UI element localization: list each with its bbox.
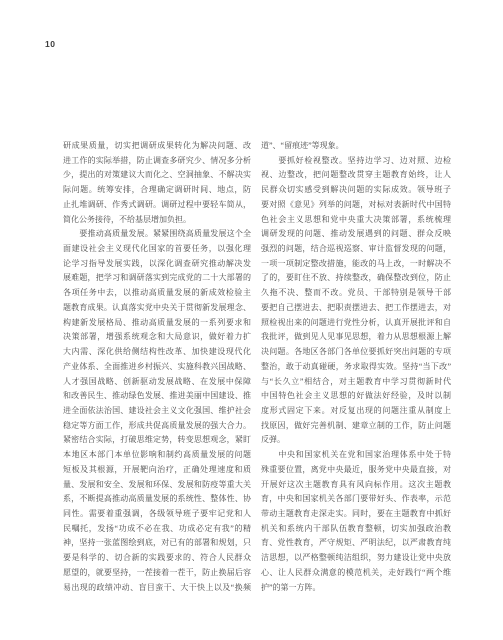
- document-page: 10 研成果质量，切实把调研成果转化为解决问题、改进工作的实际举措，防止调查多研…: [0, 0, 503, 640]
- text-line: 中国特色社会主义思想的好做法好经验，及时以制: [261, 389, 451, 404]
- text-line: 带动主题教育走深走实。同时，要在主题教育中抓好: [261, 507, 451, 522]
- text-line: 大内需、深化供给侧结构性改革、加快建设现代化: [63, 345, 251, 360]
- text-line: 整治，敢于动真碰硬，务求取得实效。坚持“当下改”: [261, 360, 451, 375]
- text-line: 构建新发展格局、推动高质量发展的一系列要求和: [63, 316, 251, 331]
- page-number: 10: [45, 39, 55, 49]
- text-line: 照检视出来的问题进行党性分析，认真开展批评和自: [261, 316, 451, 331]
- text-line: 进工作的实际举措，防止调查多研究少、情况多分析: [63, 154, 251, 169]
- text-line: 愿望的，就要坚持，一茬接着一茬干，防止换届后容: [63, 566, 251, 581]
- text-line: 决问题。各地区各部门各单位要抓好突出问题的专项: [261, 345, 451, 360]
- text-line: 洁思想，以严格整顿纯洁组织，努力建设让党中央放: [261, 551, 451, 566]
- text-line: 量、发展和安全、发展和环保、发展和防疫等重大关: [63, 478, 251, 493]
- text-line: 心、让人民群众满意的模范机关，走好践行“两个维: [261, 566, 451, 581]
- text-line: 少，提出的对策建议大而化之、空洞抽象、不解决实: [63, 168, 251, 183]
- text-line: 际问题。统筹安排，合理确定调研时间、地点，防: [63, 183, 251, 198]
- text-line: 人才强国战略、创新驱动发展战略、在发展中保障: [63, 375, 251, 390]
- text-line: 民群众切实感受到解决问题的实际成效。领导班子: [261, 183, 451, 198]
- text-line: 短板及其根源，开展靶向治疗，正确处理速度和质: [63, 463, 251, 478]
- text-line: 色社会主义思想和党中央重大决策部署，系统梳理: [261, 213, 451, 228]
- text-line: 殊重要位置，离党中央最近，服务党中央最直接，对: [261, 463, 451, 478]
- text-line: 强烈的问题，结合巡视巡察、审计监督发现的问题，: [261, 242, 451, 257]
- text-line: 各项任务中去，以推动高质量发展的新成效检验主: [63, 286, 251, 301]
- text-line: 神，坚持一张蓝图绘到底，对已有的部署和规划，只: [63, 536, 251, 551]
- text-line: 了的，要盯住不放、持续整改，确保整改到位，防止: [261, 271, 451, 286]
- text-line: 育，中央和国家机关各部门要带好头、作表率，示范: [261, 492, 451, 507]
- text-line: 和改善民生、推动绿色发展、推进美丽中国建设、推: [63, 389, 251, 404]
- text-line: 产业体系、全面推进乡村振兴、实施科教兴国战略、: [63, 360, 251, 375]
- text-line: 同性。需要着重强调，各级领导班子要牢记党和人: [63, 507, 251, 522]
- text-line: 止扎堆调研、作秀式调研。调研过程中要轻车简从，: [63, 198, 251, 213]
- text-line: 找原因，做好完善机制、建章立制的工作，防止问题: [261, 419, 451, 434]
- text-line: 易出现的政绩冲动、盲目蛮干、大干快上以及“换频: [63, 581, 251, 596]
- text-line: 一项一项制定整改措施，能改的马上改，一时解决不: [261, 257, 451, 272]
- text-line: 进全面依法治国、建设社会主义文化强国、维护社会: [63, 404, 251, 419]
- text-line: 与“长久立”相结合，对主题教育中学习贯彻新时代: [261, 375, 451, 390]
- text-line: 要对照《意见》列举的问题，对标对表新时代中国特: [261, 198, 451, 213]
- right-text-column: 道”、“留痕迹”等现象。 要抓好检视整改。坚持边学习、边对照、边检视、边整改，把…: [261, 139, 451, 595]
- text-line: 要推动高质量发展。紧紧围绕高质量发展这个全: [63, 227, 251, 242]
- text-line: 要抓好检视整改。坚持边学习、边对照、边检: [261, 154, 451, 169]
- text-line: 要把自己摆进去、把职责摆进去、把工作摆进去，对: [261, 301, 451, 316]
- text-columns: 研成果质量，切实把调研成果转化为解决问题、改进工作的实际举措，防止调查多研究少、…: [63, 139, 451, 595]
- text-line: 机关和系统内干部队伍教育整顿，切实加强政治教: [261, 522, 451, 537]
- text-line: 论学习指导发展实践，以深化调查研究推动解决发: [63, 257, 251, 272]
- text-line: 题教育成果。认真落实党中央关于贯彻新发展理念、: [63, 301, 251, 316]
- text-line: 稳定等方面工作，形成共促高质量发展的强大合力。: [63, 419, 251, 434]
- text-line: 本地区本部门本单位影响和制约高质量发展的问题: [63, 448, 251, 463]
- text-line: 简化公务接待，不给基层增加负担。: [63, 213, 251, 228]
- text-line: 度形式固定下来。对反复出现的问题注重从制度上: [261, 404, 451, 419]
- text-line: 民嘱托，发扬“功成不必在我、功成必定有我”的精: [63, 522, 251, 537]
- text-line: 决策部署，增强系统观念和大局意识，做好着力扩: [63, 330, 251, 345]
- text-line: 展难题，把学习和调研落实到完成党的二十大部署的: [63, 271, 251, 286]
- text-line: 面建设社会主义现代化国家的首要任务，以强化理: [63, 242, 251, 257]
- text-line: 我批评，做到见人见事见思想，着力从思想根源上解: [261, 330, 451, 345]
- text-line: 中央和国家机关在党和国家治理体系中处于特: [261, 448, 451, 463]
- text-line: 护”的第一方阵。: [261, 581, 451, 596]
- left-text-column: 研成果质量，切实把调研成果转化为解决问题、改进工作的实际举措，防止调查多研究少、…: [63, 139, 251, 595]
- text-line: 反弹。: [261, 433, 451, 448]
- text-line: 视、边整改，把问题整改贯穿主题教育始终，让人: [261, 168, 451, 183]
- text-line: 调研发现的问题、推动发展遇到的问题、群众反映: [261, 227, 451, 242]
- text-line: 紧密结合实际，打破思维定势，转变思想观念，紧盯: [63, 433, 251, 448]
- text-line: 研成果质量，切实把调研成果转化为解决问题、改: [63, 139, 251, 154]
- text-line: 开展好这次主题教育具有风向标作用。这次主题教: [261, 478, 451, 493]
- text-line: 育、党性教育，严守规矩、严明法纪，以严肃教育纯: [261, 536, 451, 551]
- text-line: 系，不断提高推动高质量发展的系统性、整体性、协: [63, 492, 251, 507]
- text-line: 久拖不决、整而不改。党员、干部特别是领导干部: [261, 286, 451, 301]
- text-line: 要是科学的、切合新的实践要求的、符合人民群众: [63, 551, 251, 566]
- text-line: 道”、“留痕迹”等现象。: [261, 139, 451, 154]
